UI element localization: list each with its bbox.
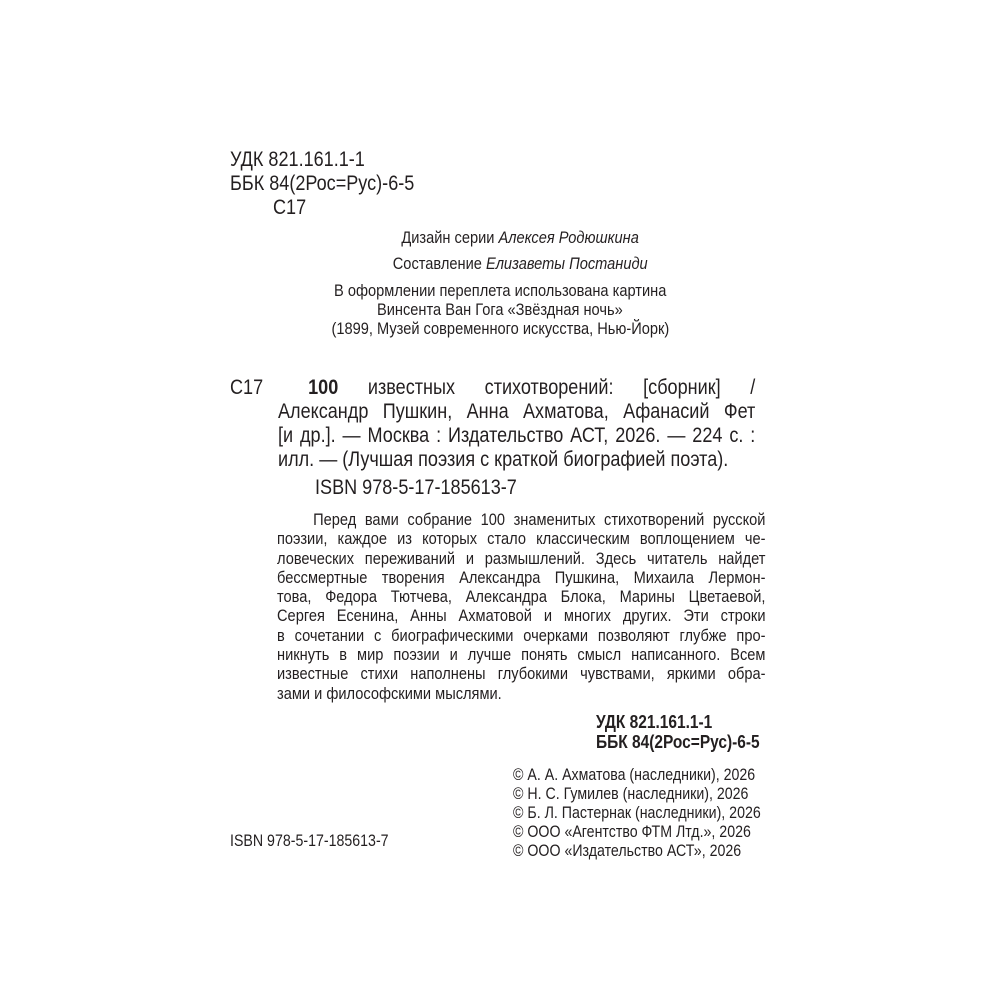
design-name: Алексея Родюшкина	[498, 228, 638, 247]
annotation-line: Перед вами собрание 100 знаменитых стихо…	[277, 510, 765, 529]
title-number: 100	[308, 376, 338, 399]
annotation-line: поэзии, каждое из которых стало классиче…	[277, 529, 765, 548]
bib-line: илл. — (Лучшая поэзия с краткой биографи…	[278, 448, 755, 472]
copyright-line: © Н. С. Гумилев (наследники), 2026	[513, 785, 748, 804]
cover-art-credit-line: В оформлении переплета использована карт…	[240, 281, 760, 301]
annotation-line: това, Федора Тютчева, Александра Блока, …	[277, 587, 765, 606]
compile-name: Елизаветы Постаниди	[486, 254, 648, 273]
imprint-page: УДК 821.161.1-1 ББК 84(2Рос=Рус)-6-5 С17…	[0, 0, 1000, 1000]
annotation-line: никнуть в мир поэзии и лучше понять смыс…	[277, 645, 765, 664]
annotation-line: в сочетании с биографическими очерками п…	[277, 626, 765, 645]
footer-udk-code: УДК 821.161.1-1	[596, 712, 712, 732]
annotation: Перед вами собрание 100 знаменитых стихо…	[277, 510, 765, 703]
design-label: Дизайн серии	[401, 228, 498, 247]
bib-isbn: ISBN 978-5-17-185613-7	[315, 476, 517, 500]
annotation-line: известные стихи наполнены глубокими чувс…	[277, 664, 765, 683]
annotation-line: Сергея Есенина, Анны Ахматовой и многих …	[277, 606, 765, 625]
footer-bbk-code: ББК 84(2Рос=Рус)-6-5	[596, 732, 760, 752]
bbk-code: ББК 84(2Рос=Рус)-6-5	[230, 172, 414, 196]
annotation-line: бессмертные творения Александра Пушкина,…	[277, 568, 765, 587]
copyright-line: © ООО «Издательство АСТ», 2026	[513, 842, 741, 861]
compile-label: Составление	[393, 254, 486, 273]
bibliographic-description: 100 известных стихотворений: [сборник] /…	[278, 376, 755, 472]
cover-art-credit-line: Винсента Ван Гога «Звёздная ночь»	[240, 300, 760, 320]
copyright-line: © Б. Л. Пастернак (наследники), 2026	[513, 804, 761, 823]
annotation-line: ловеческих переживаний и размышлений. Зд…	[277, 549, 765, 568]
bib-line: Александр Пушкин, Анна Ахматова, Афанаси…	[278, 400, 755, 424]
cover-art-credit-line: (1899, Музей современного искусства, Нью…	[240, 319, 760, 339]
compilation-credit: Составление Елизаветы Постаниди	[260, 254, 780, 274]
copyright-line: © А. А. Ахматова (наследники), 2026	[513, 766, 755, 785]
copyright-line: © ООО «Агентство ФТМ Лтд.», 2026	[513, 823, 751, 842]
bib-line: [и др.]. — Москва : Издательство АСТ, 20…	[278, 424, 755, 448]
series-design-credit: Дизайн серии Алексея Родюшкина	[260, 228, 780, 248]
annotation-line: зами и философскими мыслями.	[277, 684, 765, 703]
udk-code: УДК 821.161.1-1	[230, 148, 365, 172]
bib-line: 100 известных стихотворений: [сборник] /	[278, 376, 755, 400]
bib-author-mark: С17	[230, 376, 263, 400]
author-mark: С17	[273, 196, 306, 220]
footer-isbn: ISBN 978-5-17-185613-7	[230, 832, 389, 851]
